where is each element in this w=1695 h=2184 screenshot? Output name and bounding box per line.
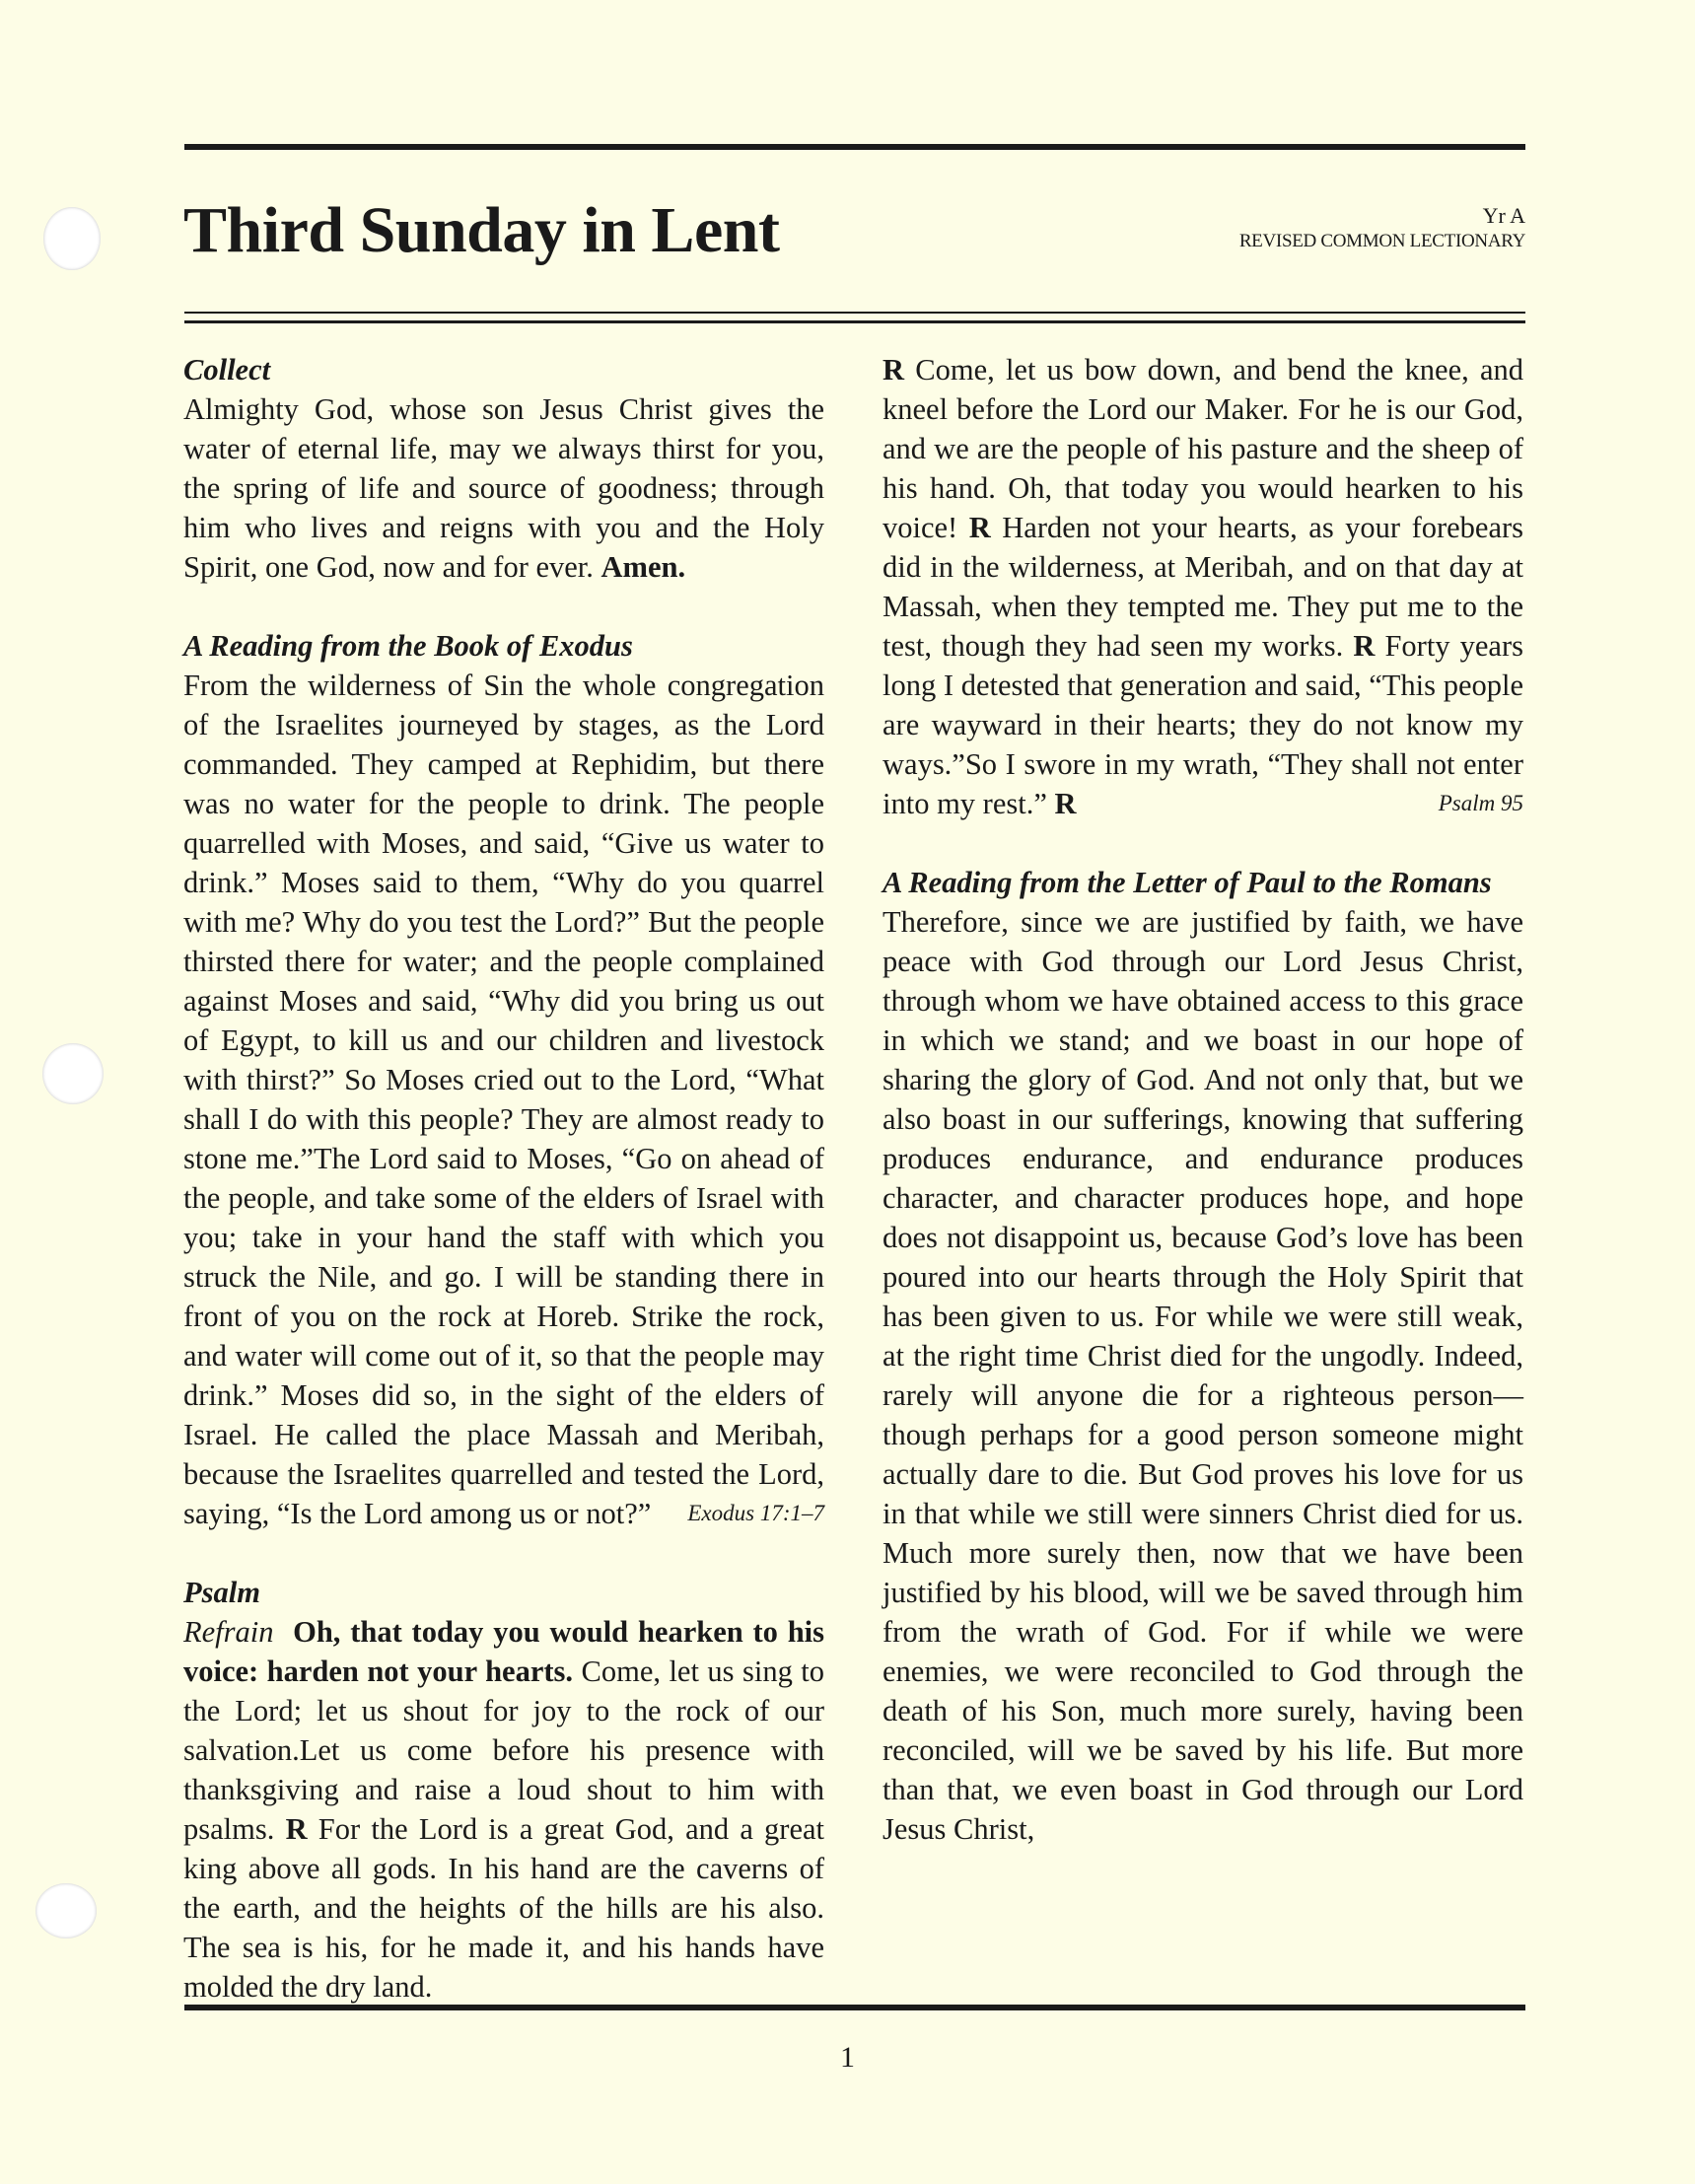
- right-column: R Come, let us bow down, and bend the kn…: [883, 350, 1523, 1849]
- collect-heading: Collect: [183, 350, 824, 389]
- year-label: Yr A: [1239, 202, 1525, 230]
- romans-heading: A Reading from the Letter of Paul to the…: [883, 863, 1523, 902]
- refrain-marker: R: [1353, 629, 1375, 663]
- binder-hole-middle: [42, 1043, 104, 1104]
- exodus-citation: Exodus 17:1–7: [687, 1494, 824, 1533]
- page-number: 1: [0, 2041, 1695, 2075]
- psalm-part-2: For the Lord is a great God, and a great…: [183, 1812, 824, 2004]
- refrain-label: Refrain: [183, 1615, 274, 1649]
- page-title: Third Sunday in Lent: [183, 193, 779, 268]
- binder-hole-bottom: [35, 1883, 97, 1938]
- amen: Amen.: [601, 550, 686, 584]
- refrain-marker: R: [286, 1812, 308, 1846]
- refrain-marker: R: [969, 511, 991, 544]
- collect-section: Collect Almighty God, whose son Jesus Ch…: [183, 350, 824, 587]
- header-double-rule-lower: [184, 320, 1525, 323]
- psalm-body-left: Refrain Oh, that today you would hearken…: [183, 1612, 824, 2007]
- refrain-marker: R: [883, 353, 904, 387]
- romans-text: Therefore, since we are justified by fai…: [883, 902, 1523, 1849]
- binder-hole-top: [43, 207, 101, 270]
- exodus-text: From the wilderness of Sin the whole con…: [183, 669, 824, 1530]
- psalm-continued: R Come, let us bow down, and bend the kn…: [883, 350, 1523, 823]
- exodus-heading: A Reading from the Book of Exodus: [183, 626, 824, 666]
- lectionary-label: REVISED COMMON LECTIONARY: [1239, 230, 1525, 253]
- refrain-marker: R: [1055, 787, 1077, 820]
- psalm-heading: Psalm: [183, 1573, 824, 1612]
- exodus-section: A Reading from the Book of Exodus From t…: [183, 626, 824, 1533]
- exodus-body: From the wilderness of Sin the whole con…: [183, 666, 824, 1533]
- psalm-citation: Psalm 95: [1439, 784, 1523, 823]
- header-top-rule: [184, 144, 1525, 150]
- lectionary-meta: Yr A REVISED COMMON LECTIONARY: [1239, 202, 1525, 253]
- romans-section: A Reading from the Letter of Paul to the…: [883, 863, 1523, 1849]
- left-column: Collect Almighty God, whose son Jesus Ch…: [183, 350, 824, 2007]
- collect-text: Almighty God, whose son Jesus Christ giv…: [183, 392, 824, 584]
- header-double-rule-upper: [184, 312, 1525, 314]
- footer-rule: [184, 2005, 1525, 2010]
- psalm-section: Psalm Refrain Oh, that today you would h…: [183, 1573, 824, 2007]
- psalm-body-right: R Come, let us bow down, and bend the kn…: [883, 350, 1523, 823]
- collect-body: Almighty God, whose son Jesus Christ giv…: [183, 389, 824, 587]
